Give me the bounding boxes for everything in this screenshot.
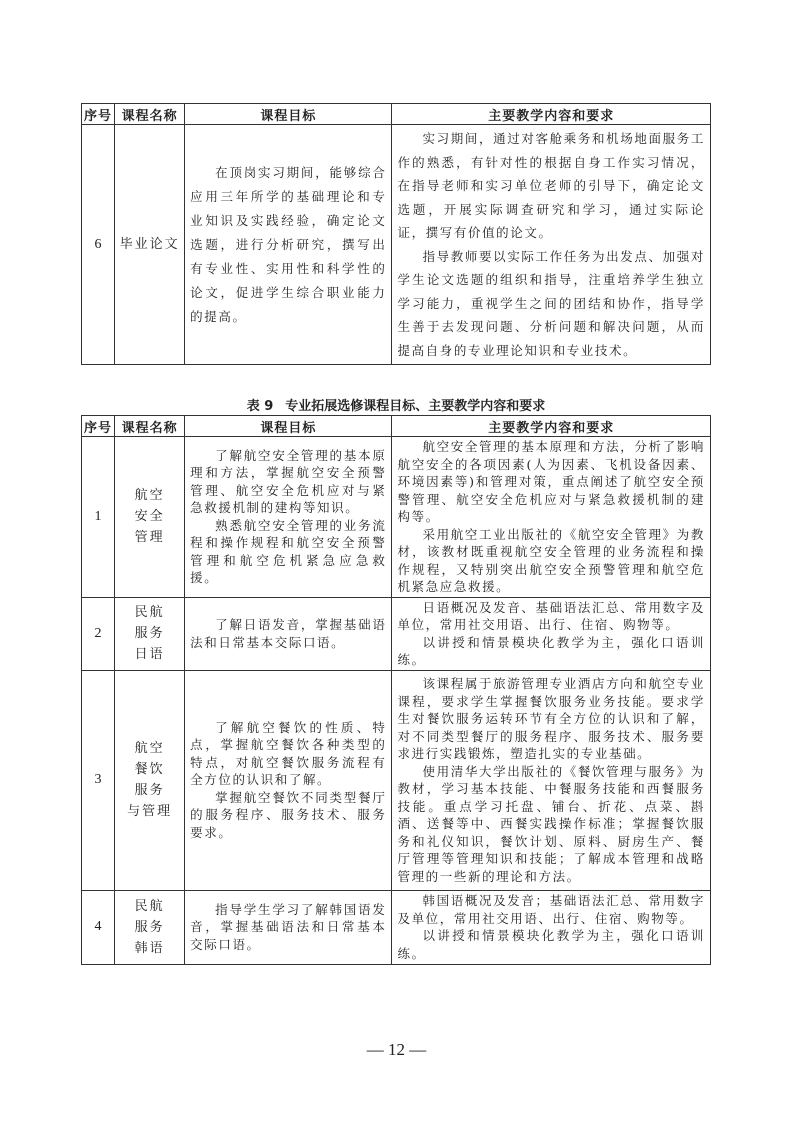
header-teaching-content: 主要教学内容和要求 <box>392 416 711 437</box>
cell-teaching-content: 韩国语概况及发音；基础语法汇总、常用数字及单位，常用社交用语、出行、住宿、购物等… <box>392 890 711 964</box>
name-line: 日语 <box>115 644 184 665</box>
header-no: 序号 <box>82 416 115 437</box>
goal-paragraph: 掌握航空餐饮不同类型餐厅的服务程序、服务技术、服务要求。 <box>190 789 386 842</box>
name-line: 餐饮 <box>115 759 184 780</box>
cell-course-name: 航空 安全 管理 <box>115 437 185 598</box>
header-course-goal: 课程目标 <box>185 416 392 437</box>
content-paragraph: 采用航空工业出版社的《航空安全管理》为教材，该教材既重视航空安全管理的业务流程和… <box>397 526 705 596</box>
table-9: 序号 课程名称 课程目标 主要教学内容和要求 1 航空 安全 管理 了解航空安全… <box>81 415 711 965</box>
goal-paragraph: 了解日语发音，掌握基础语法和日常基本交际口语。 <box>190 616 386 651</box>
table-header-row: 序号 课程名称 课程目标 主要教学内容和要求 <box>82 104 711 125</box>
header-teaching-content: 主要教学内容和要求 <box>392 104 711 125</box>
table-row: 4 民航 服务 韩语 指导学生学习了解韩国语发音，掌握基础语法和日常基本交际口语… <box>82 890 711 964</box>
cell-no: 4 <box>82 890 115 964</box>
name-line: 韩语 <box>115 938 184 959</box>
table-caption: 表 9专业拓展选修课程目标、主要教学内容和要求 <box>81 395 711 414</box>
name-line: 航空 <box>115 485 184 506</box>
header-no: 序号 <box>82 104 115 125</box>
cell-teaching-content: 该课程属于旅游管理专业酒店方向和航空专业课程，要求学生掌握餐饮服务业务技能。要求… <box>392 670 711 890</box>
page-number: — 12 — <box>0 1040 793 1060</box>
goal-paragraph: 熟悉航空安全管理的业务流程和操作规程和航空安全预警管理和航空危机紧急应急救援。 <box>190 517 386 587</box>
cell-teaching-content: 航空安全管理的基本原理和方法，分析了影响航空安全的各项因素(人为因素、飞机设备因… <box>392 437 711 598</box>
table-row: 2 民航 服务 日语 了解日语发音，掌握基础语法和日常基本交际口语。 日语概况及… <box>82 597 711 670</box>
name-line: 民航 <box>115 602 184 623</box>
content-paragraph: 日语概况及发音、基础语法汇总、常用数字及单位，常用社交用语、出行、住宿、购物等。 <box>397 599 705 634</box>
name-line: 服务 <box>115 917 184 938</box>
goal-paragraph: 指导学生学习了解韩国语发音，掌握基础语法和日常基本交际口语。 <box>190 901 386 954</box>
cell-course-name: 民航 服务 日语 <box>115 597 185 670</box>
goal-paragraph: 在顶岗实习期间，能够综合应用三年所学的基础理论和专业知识及实践经验，确定论文选题… <box>190 161 386 329</box>
name-line: 安全 <box>115 506 184 527</box>
table-row: 6 毕业论文 在顶岗实习期间，能够综合应用三年所学的基础理论和专业知识及实践经验… <box>82 125 711 365</box>
cell-course-name: 航空 餐饮 服务 与管理 <box>115 670 185 890</box>
name-line: 与管理 <box>115 801 184 822</box>
goal-paragraph: 了解航空餐饮的性质、特点，掌握航空餐饮各种类型的特点，对航空餐饮服务流程有全方位… <box>190 719 386 789</box>
header-course-name: 课程名称 <box>115 104 185 125</box>
cell-course-goal: 了解日语发音，掌握基础语法和日常基本交际口语。 <box>185 597 392 670</box>
cell-course-goal: 了解航空餐饮的性质、特点，掌握航空餐饮各种类型的特点，对航空餐饮服务流程有全方位… <box>185 670 392 890</box>
caption-number: 表 9 <box>247 399 274 414</box>
cell-course-goal: 了解航空安全管理的基本原理和方法，掌握航空安全预警管理、航空安全危机应对与紧急救… <box>185 437 392 598</box>
name-line: 航空 <box>115 738 184 759</box>
name-line: 管理 <box>115 527 184 548</box>
cell-course-name: 民航 服务 韩语 <box>115 890 185 964</box>
goal-paragraph: 了解航空安全管理的基本原理和方法，掌握航空安全预警管理、航空安全危机应对与紧急救… <box>190 447 386 517</box>
header-course-goal: 课程目标 <box>185 104 392 125</box>
table-row: 3 航空 餐饮 服务 与管理 了解航空餐饮的性质、特点，掌握航空餐饮各种类型的特… <box>82 670 711 890</box>
content-paragraph: 以讲授和情景模块化教学为主，强化口语训练。 <box>397 927 705 962</box>
cell-teaching-content: 实习期间，通过对客舱乘务和机场地面服务工作的熟悉，有针对性的根据自身工作实习情况… <box>392 125 711 365</box>
content-paragraph: 实习期间，通过对客舱乘务和机场地面服务工作的熟悉，有针对性的根据自身工作实习情况… <box>397 127 705 245</box>
cell-no: 1 <box>82 437 115 598</box>
header-course-name: 课程名称 <box>115 416 185 437</box>
name-line: 服务 <box>115 780 184 801</box>
cell-no: 2 <box>82 597 115 670</box>
content-paragraph: 指导教师要以实际工作任务为出发点、加强对学生论文选题的组织和指导，注重培养学生独… <box>397 245 705 363</box>
content-paragraph: 韩国语概况及发音；基础语法汇总、常用数字及单位，常用社交用语、出行、住宿、购物等… <box>397 892 705 927</box>
caption-title: 专业拓展选修课程目标、主要教学内容和要求 <box>285 399 545 414</box>
name-line: 服务 <box>115 623 184 644</box>
cell-course-name: 毕业论文 <box>115 125 185 365</box>
content-paragraph: 航空安全管理的基本原理和方法，分析了影响航空安全的各项因素(人为因素、飞机设备因… <box>397 438 705 526</box>
cell-course-goal: 在顶岗实习期间，能够综合应用三年所学的基础理论和专业知识及实践经验，确定论文选题… <box>185 125 392 365</box>
table-header-row: 序号 课程名称 课程目标 主要教学内容和要求 <box>82 416 711 437</box>
name-line: 民航 <box>115 896 184 917</box>
cell-course-goal: 指导学生学习了解韩国语发音，掌握基础语法和日常基本交际口语。 <box>185 890 392 964</box>
cell-no: 6 <box>82 125 115 365</box>
content-paragraph: 该课程属于旅游管理专业酒店方向和航空专业课程，要求学生掌握餐饮服务业务技能。要求… <box>397 675 705 763</box>
cell-teaching-content: 日语概况及发音、基础语法汇总、常用数字及单位，常用社交用语、出行、住宿、购物等。… <box>392 597 711 670</box>
cell-no: 3 <box>82 670 115 890</box>
content-paragraph: 使用清华大学出版社的《餐饮管理与服务》为教材，学习基本技能、中餐服务技能和西餐服… <box>397 763 705 886</box>
table-continued: 序号 课程名称 课程目标 主要教学内容和要求 6 毕业论文 在顶岗实习期间，能够… <box>81 103 711 365</box>
content-paragraph: 以讲授和情景模块化教学为主，强化口语训练。 <box>397 634 705 669</box>
table-row: 1 航空 安全 管理 了解航空安全管理的基本原理和方法，掌握航空安全预警管理、航… <box>82 437 711 598</box>
